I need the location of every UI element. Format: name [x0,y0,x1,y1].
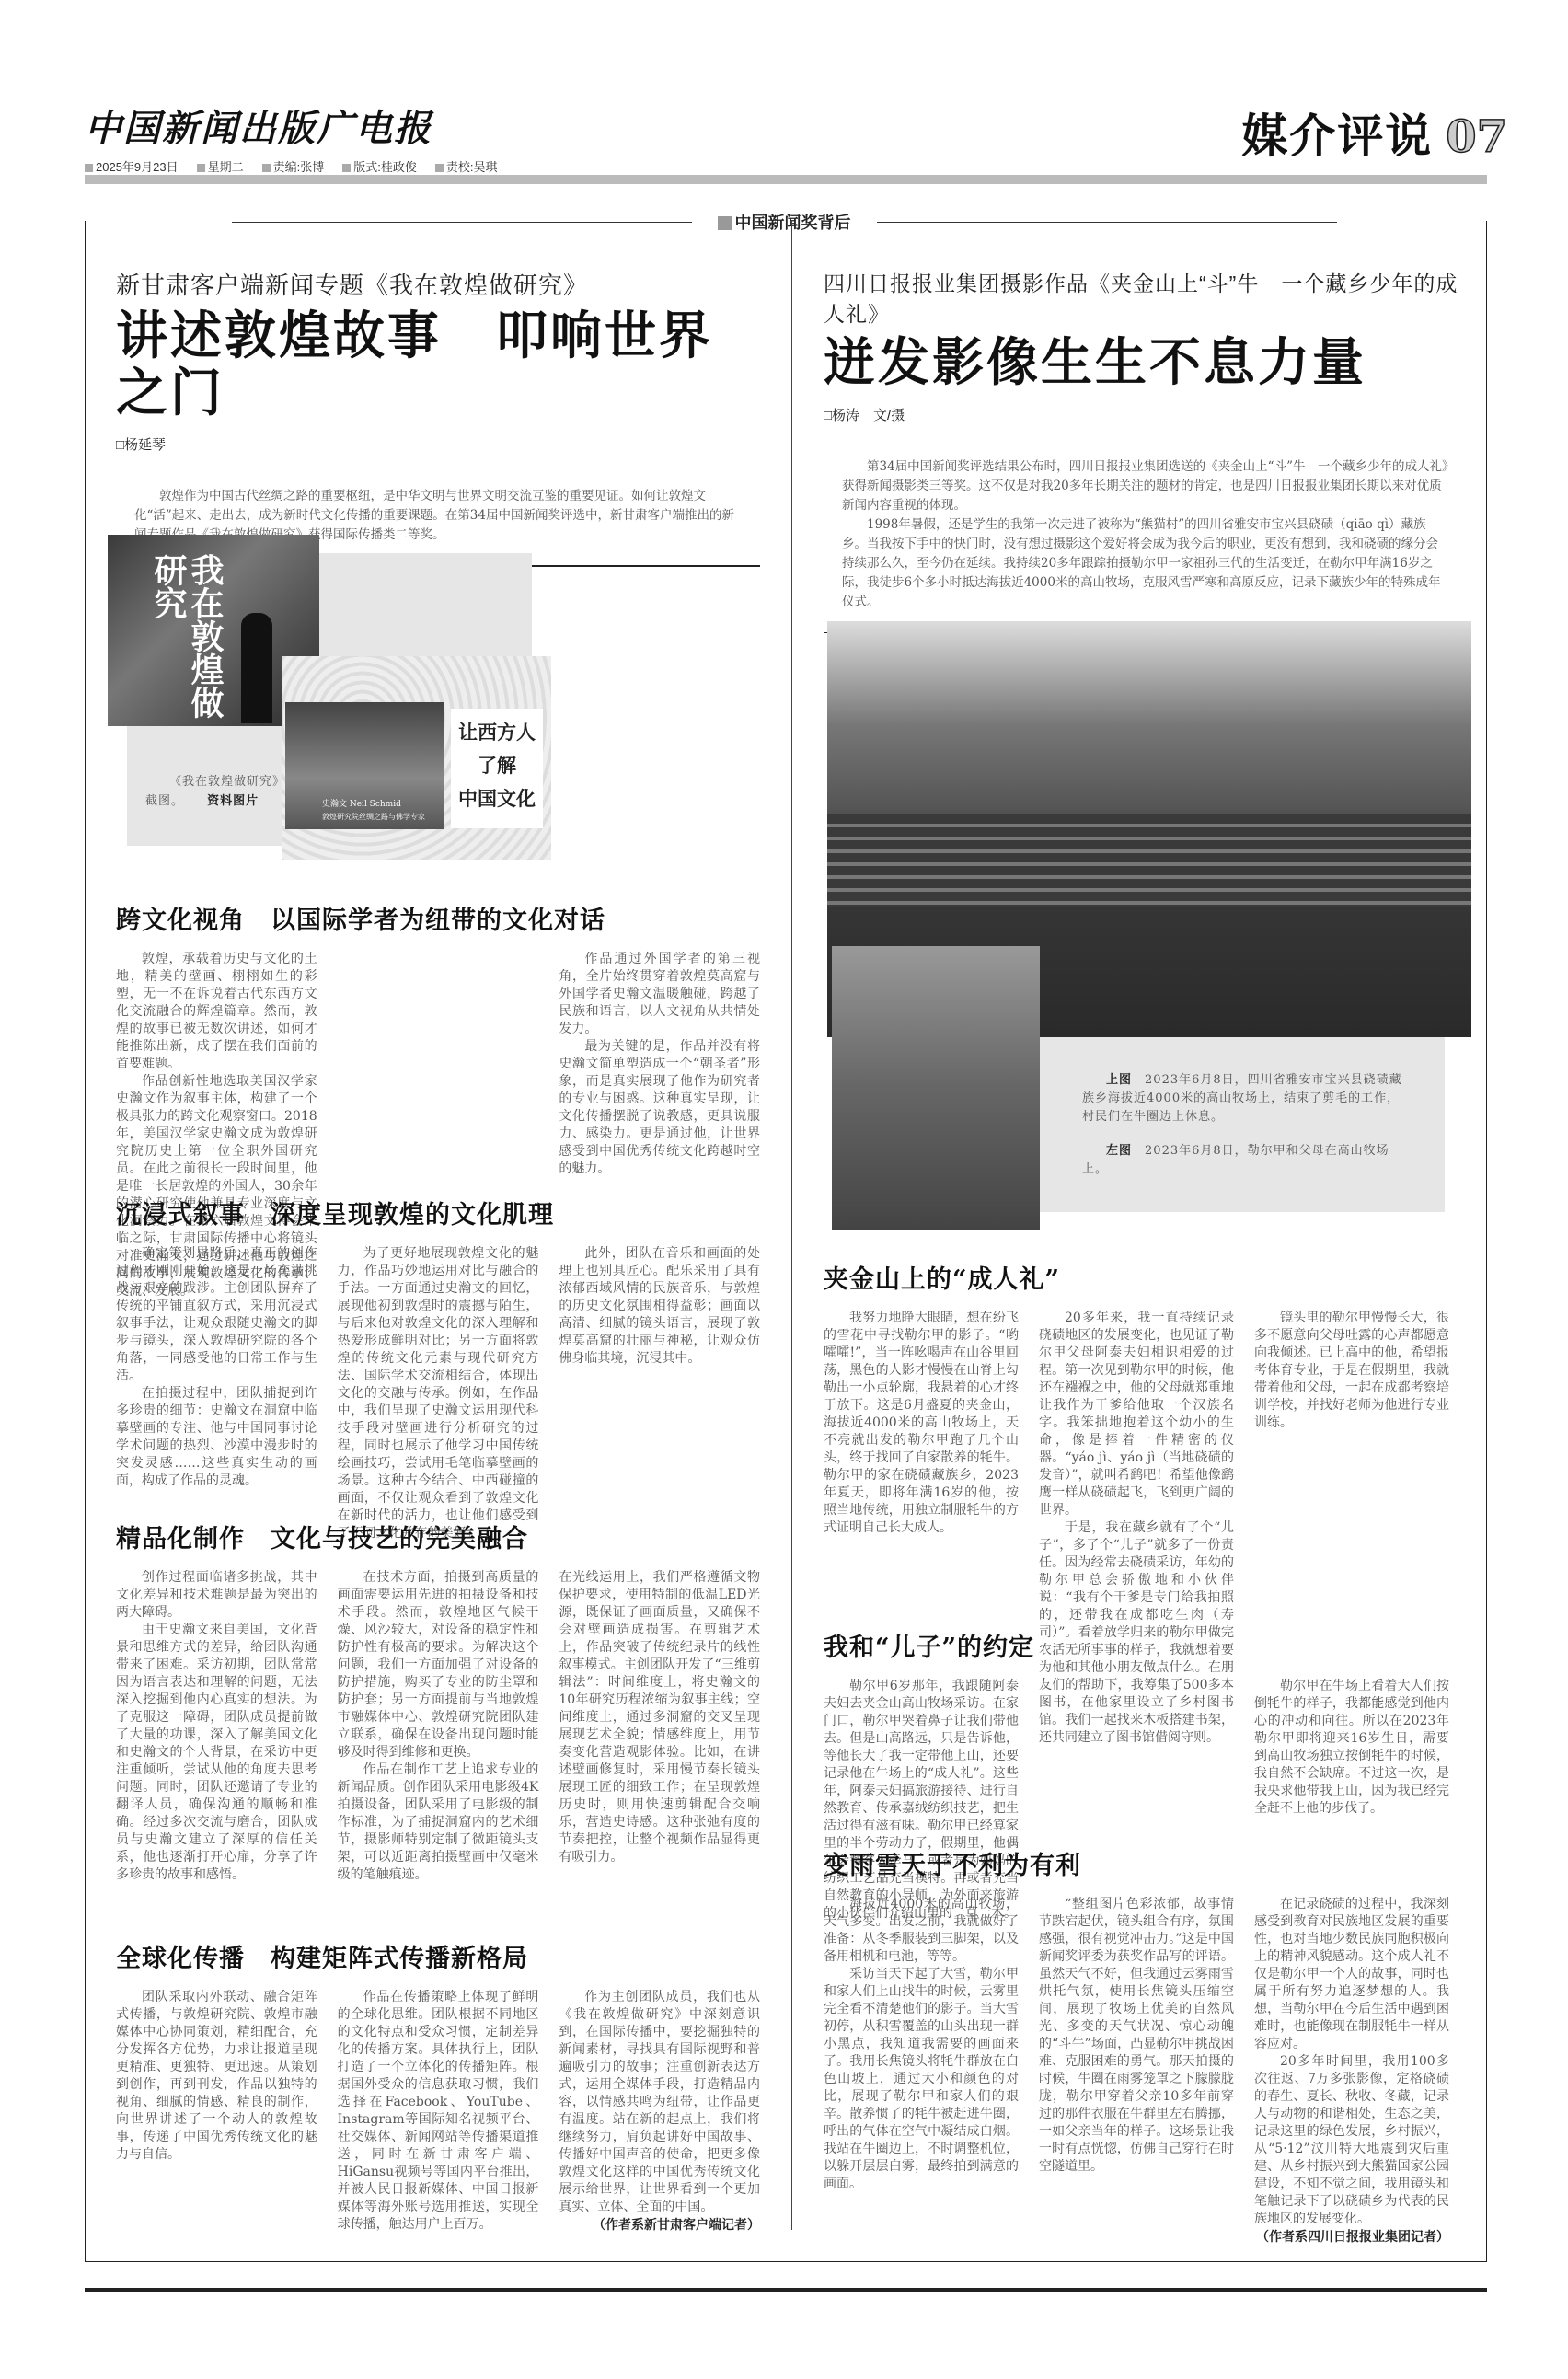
section-heading: 全球化传播 构建矩阵式传播新格局 [116,1938,760,1974]
left-section-3: 精品化制作 文化与技艺的完美融合 创作过程面临诸多挑战，其中文化差异和技术难题是… [116,1519,760,1884]
section-heading: 夹金山上的“成人礼” [824,1259,1449,1295]
section-header: 媒介评说 07 [1241,99,1507,166]
wooden-fence [827,814,1471,907]
right-title: 迸发影像生生不息力量 [824,335,1468,392]
subtitle-title: 敦煌研究院丝绸之路与佛学专家 [322,812,425,822]
left-article-header: 新甘肃客户端新闻专题《我在敦煌做研究》 讲述敦煌故事 叩响世界之门 □杨延琴 敦… [116,267,760,567]
kicker-label: 中国新闻奖背后 [710,210,859,234]
right-pre-title: 四川日报报业集团摄影作品《夹金山上“斗”牛 一个藏乡少年的成人礼》 [824,267,1468,328]
issue-date: 2025年9月23日 [85,157,179,175]
interview-screenshot: 史瀚文 Neil Schmid 敦煌研究院丝绸之路与佛学专家 [285,702,444,829]
page-number: 07 [1446,111,1507,163]
left-pre-title: 新甘肃客户端新闻专题《我在敦煌做研究》 [116,267,760,301]
kicker: 中国新闻奖背后 [0,210,1568,234]
left-section-2: 沉浸式叙事 深度呈现敦煌的文化肌理 确定策划思路后，真正的创作过程才刚刚开始，这… [116,1195,760,1542]
subtitle-name: 史瀚文 Neil Schmid [322,797,401,809]
section-heading: 沉浸式叙事 深度呈现敦煌的文化肌理 [116,1195,760,1230]
section-heading: 跨文化视角 以国际学者为纽带的文化对话 [116,900,760,936]
masthead: 中国新闻出版广电报 2025年9月23日 星期二 责编:张博 版式:桂政俊 责校… [85,99,498,175]
section-heading: 变雨雪天于不利为有利 [824,1845,1449,1881]
author-signature: （作者系新甘肃客户端记者） [559,2216,760,2234]
left-section-4: 全球化传播 构建矩阵式传播新格局 团队采取内外联动、融合矩阵式传播，与敦煌研究院… [116,1938,760,2234]
section-heading: 我和“儿子”的约定 [824,1627,1449,1663]
caption-left: 左图 2023年6月8日，勒尔甲和父母在高山牧场上。 [1040,1126,1445,1179]
right-section-3: 变雨雪天于不利为有利 海拔近4000米的高山牧场，天气多变。出发之前，我就做好了… [824,1845,1449,2246]
footer-bar [85,2288,1487,2292]
issue-meta: 2025年9月23日 星期二 责编:张博 版式:桂政俊 责校:吴琪 [85,157,498,175]
layout-credit: 版式:桂政俊 [342,157,417,175]
caption-top: 上图 2023年6月8日，四川省雅安市宝兴县硗碛藏族乡海拔近4000米的高山牧场… [1040,1037,1445,1126]
researcher-silhouette [241,613,272,723]
right-byline: □杨涛 文/摄 [824,405,1468,424]
kicker-rule-right [877,222,1337,223]
section-heading: 精品化制作 文化与技艺的完美融合 [116,1519,760,1554]
left-title: 讲述敦煌故事 叩响世界之门 [116,308,760,422]
right-article-header: 四川日报报业集团摄影作品《夹金山上“斗”牛 一个藏乡少年的成人礼》 迸发影像生生… [824,267,1468,633]
kicker-rule-left [232,222,692,223]
issue-weekday: 星期二 [197,157,244,175]
editor-credit: 责编:张博 [262,157,325,175]
column-divider [791,221,792,2230]
family-portrait-photo [832,946,1040,1230]
author-signature: （作者系四川日报报业集团记者） [1254,2228,1449,2246]
left-byline: □杨延琴 [116,434,760,454]
header-bar [85,175,1487,184]
image-credit: 资料图片 [207,793,259,807]
newspaper-logo: 中国新闻出版广电报 [85,99,498,152]
section-name: 媒介评说 [1241,99,1433,166]
tag-card: 让西方人 了解 中国文化 [451,709,543,828]
photo-caption-box: 上图 2023年6月8日，四川省雅安市宝兴县硗碛藏族乡海拔近4000米的高山牧场… [1040,1037,1445,1212]
right-lead: 第34届中国新闻奖评选结果公布时，四川日报报业集团选送的《夹金山上“斗”牛 一个… [824,457,1468,612]
proof-credit: 责校:吴琪 [435,157,498,175]
video-title-overlay: 我在敦煌做研究 [178,553,224,726]
